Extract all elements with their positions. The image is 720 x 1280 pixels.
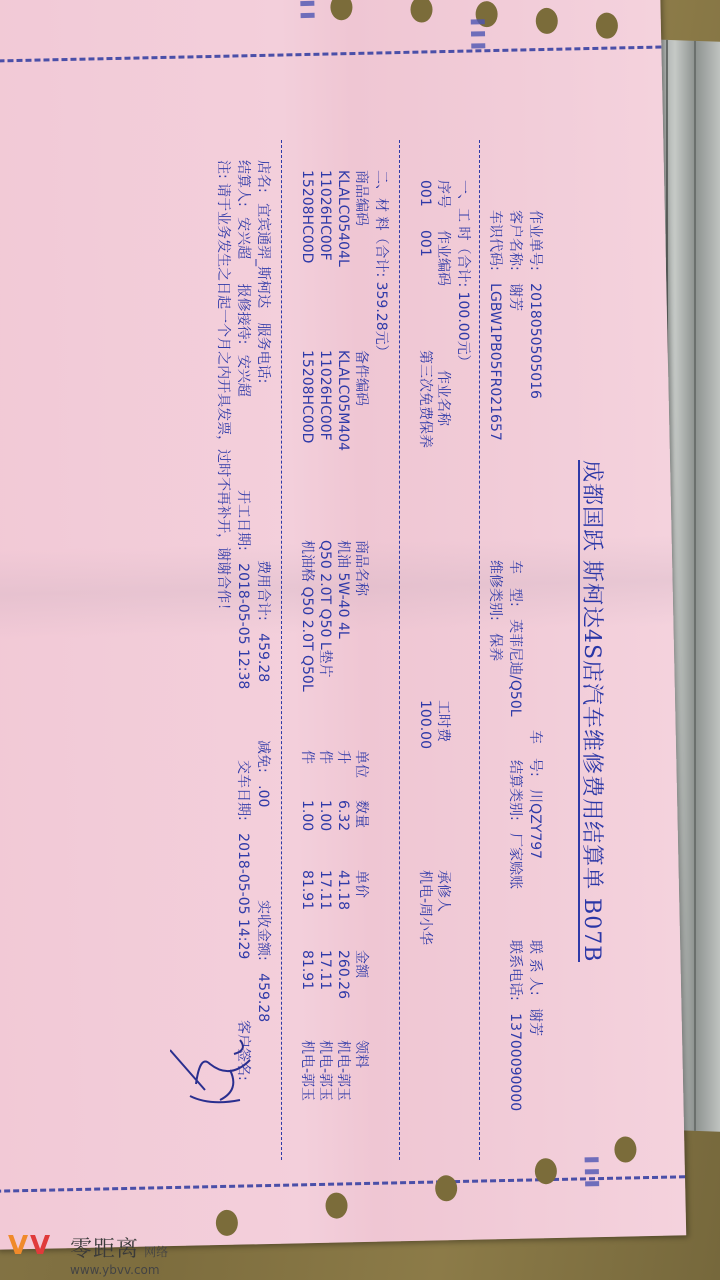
feed-hole <box>216 1210 239 1236</box>
shop-name: 店名: 宜宾通羿_斯柯达 服务电话: <box>254 160 272 383</box>
contact-phone: 联系电话: 13700090000 <box>506 940 524 1111</box>
mat-col-part-code: 备件编码 <box>352 350 370 406</box>
mat-col-product-code: 商品编码 <box>352 170 370 226</box>
mat-col-picker: 领料 <box>352 1040 370 1068</box>
plate-number: 车 号: 川QZY797 <box>526 730 544 859</box>
divider <box>479 140 480 1160</box>
mat-col-amount: 金额 <box>352 950 370 978</box>
feed-hole <box>435 1175 458 1201</box>
feed-hole <box>596 12 619 38</box>
work-order: 作业单号: 2018050505016 <box>526 210 544 399</box>
paid-amount: 实收金额: 459.28 <box>254 900 272 1022</box>
feed-hole <box>330 0 353 20</box>
signature-scribble <box>170 1030 260 1150</box>
labor-col-seq: 序号 <box>434 180 452 208</box>
total-fee: 费用合计: 459.28 <box>254 560 272 682</box>
feed-hole <box>536 8 559 34</box>
start-date: 开工日期: 2018-05-05 12:38 <box>234 490 252 689</box>
perforation-top <box>0 46 661 63</box>
mat-col-price: 单价 <box>352 870 370 898</box>
materials-section-title: 二、材 料（合计: 359.28元） <box>372 170 390 359</box>
mat-col-name: 商品名称 <box>352 540 370 596</box>
perforation-bottom <box>0 1175 685 1192</box>
feed-hole <box>614 1136 637 1162</box>
divider <box>281 140 282 1160</box>
feed-hole <box>410 0 433 23</box>
feed-hole <box>325 1192 348 1218</box>
delivery-date: 交车日期: 2018-05-05 14:29 <box>234 760 252 959</box>
settle-type: 结算类别: 厂家赊账 <box>506 760 524 889</box>
contact-person: 联 系 人: 谢芳 <box>526 940 544 1036</box>
watermark-logo-icon: V V <box>8 1235 64 1275</box>
invoice-note: 注: 请于业务发生之日起一个月之内开具发票，过时不再补开，谢谢合作！ <box>214 160 232 617</box>
divider <box>399 140 400 1160</box>
mat-col-unit: 单位 <box>352 750 370 778</box>
invoice-title: 成都国跃 斯柯达4S店汽车维修费用结算单 B07B <box>578 460 600 962</box>
invoice-content: 成都国跃 斯柯达4S店汽车维修费用结算单 B07B 作业单号: 20180505… <box>160 140 600 1160</box>
labor-col-fee: 工时费 <box>434 700 452 742</box>
vehicle-model: 车 型: 英菲尼迪/Q50L <box>506 560 524 717</box>
labor-col-code: 作业编码 <box>434 230 452 286</box>
repair-type: 维修类别: 保养 <box>486 560 504 661</box>
labor-section-title: 一、工 时（合计: 100.00元） <box>454 180 472 369</box>
site-watermark: V V 零距离 网络 www.ybvv.com <box>8 1232 168 1277</box>
customer: 客户名称: 谢芳 <box>506 210 524 311</box>
settler: 结算人: 安兴超 报修接待: 安兴超 <box>234 160 252 397</box>
labor-col-worker: 承修人 <box>434 870 452 912</box>
mat-col-qty: 数量 <box>352 800 370 828</box>
vin: 车识代码: LGBW1PB05FR021657 <box>486 210 504 441</box>
discount: 减免: .00 <box>254 740 272 807</box>
labor-col-name: 作业名称 <box>434 370 452 426</box>
